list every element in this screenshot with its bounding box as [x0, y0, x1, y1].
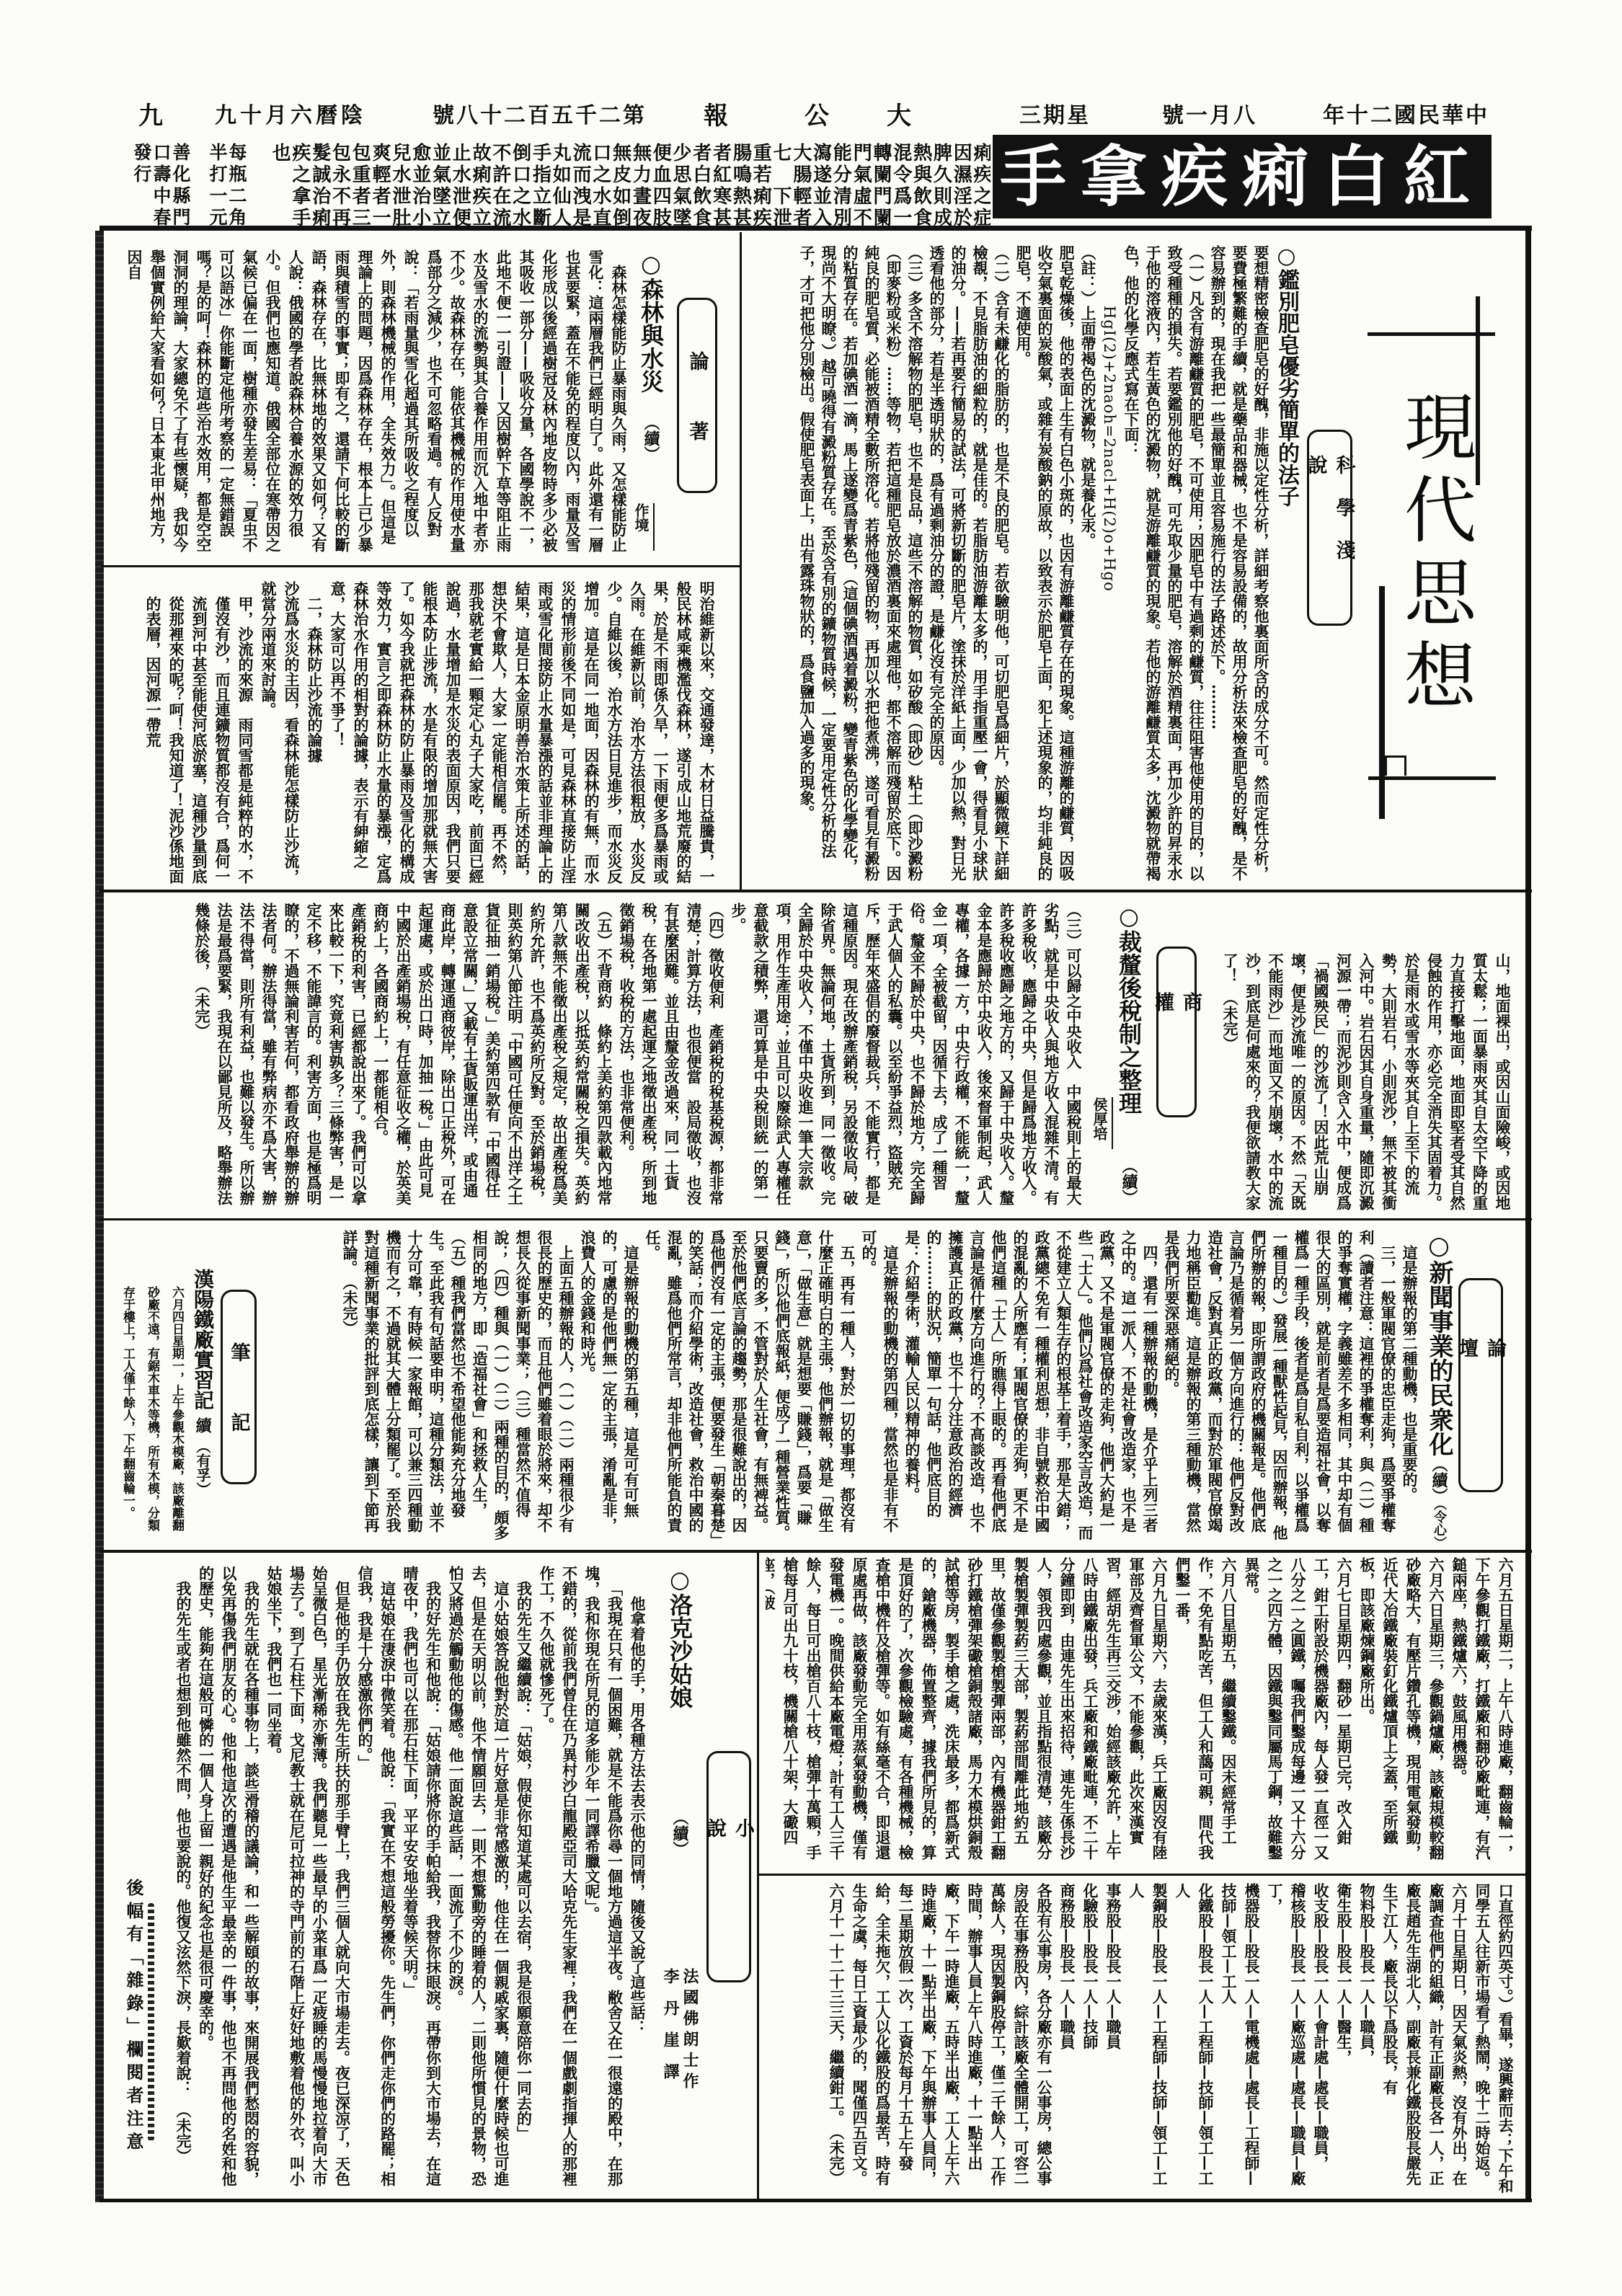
author: 法國佛朗士作 [680, 1968, 699, 2101]
heading-ornament-line [1476, 296, 1480, 485]
ad-price-col-1: 每瓶二角 [227, 143, 247, 231]
press-article-body: 這是辦報的第二種動機，也是重要的。 三，一般軍閥官僚的忠臣走狗，爲要爭權奪利（讀… [274, 1230, 1420, 1547]
title-text: ○森林與水災 [637, 250, 665, 393]
org-chart-line: 收支股—股長一人—會計處—處長—職員， [1309, 1883, 1332, 2194]
paragraph: （三）多含不溶解物的肥皂，也不是良品，這些不溶解的物質，如矽酸（即砂）粘土（即沙… [796, 245, 926, 884]
author: （令心） [1432, 1504, 1447, 1549]
forest-byline: 作境 [636, 503, 655, 551]
hanyang-article-body-start: 六月四日星期一，上午參觀木模廠，該廠離翻砂廠不遠，有鋸木車木等機，所有木模，分類… [114, 1286, 189, 1540]
category-label-text: 筆記 [225, 1292, 253, 1482]
editorial-notice: 後幅有「雜錄」欄閱者注意 [121, 1879, 146, 2161]
category-label-text: 論著 [683, 301, 712, 491]
paragraph: 六月四日星期一，上午參觀木模廠，該廠離翻砂廠不遠，有鋸木車木等機，所有木模，分類… [115, 1286, 189, 1540]
category-label-fiction: 小說 [706, 1751, 751, 1982]
bottom-rule [99, 2199, 1532, 2202]
ad-banner: 紅白痢疾拿手 [993, 135, 1492, 218]
ad-price-col-2: 半打一元 [208, 143, 227, 231]
org-chart-line: 機器股—股長一人—電機處—處長—工程師—技師—領工—工人 [1217, 1883, 1263, 2194]
hanyang-article-body-upper: 六月五日星期二，上午八時進廠，翻齒輪一，下午參觀打鐵廠，打鐵廠和翻砂廠毗連，有汽… [766, 1557, 1517, 1869]
diary-entry: 六月十日星期日，因天氣炎熱，沒有外出，在廠調查他們的組織，計有正副廠長各一人，正… [1378, 1883, 1471, 2194]
to-be-continued: （未完） [193, 985, 211, 1039]
paragraph: 我的先生就在各種事物上，談些滑稽的議論，和一些解頤的故事，來開展我們愁悶的容貌，… [195, 1566, 263, 2197]
tax-article-body: （三）可以歸之中央收入 中國稅則上的最大劣點，就是中央收入與地方收入混雜不清。有… [115, 903, 1085, 1211]
notice-ornament [148, 1903, 154, 2141]
diary-entry: 六月六日星期三，參觀鍋爐廠，該廠規模較翻砂廠略大，有壓片鑽孔等機，現用電氣發動，… [1355, 1557, 1448, 1869]
republic-date: 中華民國二十年 [1323, 101, 1489, 131]
paragraph: 我的先生又繼續說：「姑娘，假使你知道某處可以去宿，我是很願意陪你一同去的」 [513, 1566, 536, 2197]
hanyang-tier-rule [758, 1874, 1530, 1876]
tax-article-title: ○裁釐後稅制之整理（續） [1118, 903, 1145, 1213]
paragraph: 要想精密檢查肥皂的好醜，非施以定性分析，詳細考察他裏面所含的成分不可。然而定性分… [1207, 245, 1272, 884]
paragraph: （註：）上面帶褐色的沈澱物，就是養化汞。 [1077, 245, 1099, 884]
org-chart-line: 稽核股—股長一人—廠巡處—處長—職員—廠丁， [1263, 1883, 1309, 2194]
continued-mark: （續） [1430, 1456, 1448, 1504]
page-number: 九 [138, 101, 163, 131]
continued-mark: （續） [642, 415, 660, 462]
paragraph: 這是辦報的動機的第五種，這是可有可無的，可慮的是他們無一定的主張，淆亂是非，浪費… [577, 1230, 642, 1547]
press-article-title: ○新聞事業的民衆化（續）（令心） [1428, 1231, 1457, 1552]
category-label-notes: 筆記 [221, 1290, 257, 1484]
paragraph: （三）可以歸之中央收入 中國稅則上的最大劣點，就是中央收入與地方收入混雜不清。有… [727, 903, 1085, 1211]
category-label-text: 科學淺說 [1302, 432, 1358, 624]
org-chart-line: 衛生股—股長一人—醫生， [1332, 1883, 1355, 2194]
to-be-continued: （未完） [174, 2103, 192, 2163]
diary-entry: 六月八日星期五，繼續鑿鐵。因未經常手工作，不免有點吃苦，但工人和藹可親，間代我們… [1171, 1557, 1240, 1869]
category-label-text: 商權 [1148, 949, 1205, 1115]
diary-entry: 六月七日星期四，翻砂一星期已完，改入鉗工，鉗工附設於機器廠內，每人發一直徑一又八… [1240, 1557, 1355, 1869]
weekday: 星期三 [1019, 101, 1091, 131]
chemical-formula: HgI(2)+2naoh=2nacl+H(2)o+Hgo [1099, 245, 1120, 884]
hanyang-article-body-lower: 口直徑約四英寸。）看畢，遂興辭而去；下午和同學五人往新市場看了熱鬧，晚十二時始返… [766, 1883, 1517, 2194]
soap-article-title: ○鑑別肥皂優劣簡單的法子 [1275, 244, 1302, 647]
middle-tier-rule [99, 1218, 1532, 1220]
section-rule-2 [99, 1550, 1532, 1553]
left-border [95, 231, 104, 2202]
to-be-continued: （未完） [341, 1282, 359, 1336]
diary-entry: 六月五日星期二，上午八時進廠，翻齒輪一，下午參觀打鐵廠，打鐵廠和翻砂廠毗連，有汽… [1448, 1557, 1517, 1869]
ad-seller-col-3: 發行 [133, 143, 151, 231]
paragraph: 這是辦報的第二種動機，也是重要的。 [1399, 1230, 1420, 1547]
paragraph: 五，再有一種人，對於一切的事理，都沒有什麼正確明白的主張，他們辦報，就是「做生意… [642, 1230, 858, 1547]
novel-title: ○洛克沙姑娘（續） [669, 1566, 696, 1869]
paragraph: （二）含有未鹻化的脂肪的，也是不良的肥皂。若欲驗明他，可切肥皂爲細片，於顯微鏡下… [926, 245, 1012, 884]
soap-article-body: 要想精密檢查肥皂的好醜，非施以定性分析，詳細考察他裏面所含的成分不可。然而定性分… [745, 245, 1272, 884]
author: （有孚） [194, 1439, 211, 1497]
category-label-forum: 論壇 [1458, 1278, 1503, 1492]
masthead-char-2: 公 [805, 101, 829, 131]
title-text: ○洛克沙姑娘 [666, 1566, 693, 1708]
lower-column-divider [757, 1553, 759, 2200]
ad-banner-text: 紅白痢疾拿手 [1000, 135, 1484, 218]
paragraph: （一）凡含有游離鹻質的肥皂，不可使用；因肥皂中有過剩的鹻質，往往阻害他使用的目的… [1120, 245, 1207, 884]
continued-mark: （續） [670, 1809, 689, 1857]
title-text: 漢陽鐵廠實習記 [191, 1269, 215, 1410]
novel-byline: 法國佛朗士作 李丹崖譯 [659, 1968, 699, 2101]
heading-ornament-line [1368, 776, 1496, 780]
forest-tier-rule [101, 565, 740, 567]
continued-mark: 續 [193, 1417, 212, 1433]
paragraph: 沙流爲水災的主因，看森林能怎樣防止沙流，就當分兩道來討論。 [257, 581, 303, 887]
newspaper-page: 中華民國二十年 八月一號 星期三 大 公 報 第二千五百二十八號 陰曆六月十九 … [0, 0, 1622, 2296]
continued-mark: （續） [1120, 1158, 1138, 1205]
category-label-essay: 論著 [677, 298, 717, 493]
issue-date: 八月一號 [1162, 101, 1257, 131]
ad-seller-col-1: 善化縣門 [171, 143, 190, 231]
title-text: ○裁釐後稅制之整理 [1115, 903, 1143, 1114]
seal-mark-icon [1385, 755, 1406, 776]
paragraph: 上面五種辦報的人，（一）（二）兩種很少有很長的歷史的，而且他們雖着眼於將來，却不… [339, 1230, 577, 1547]
section-rule-1 [99, 890, 1532, 892]
category-label-discussion: 商權 [1156, 947, 1197, 1117]
paragraph-text: 上面五種辦報的人，（一）（二）兩種很少有很長的歷史的，而且他們雖着眼於將來，却不… [341, 1230, 575, 1541]
org-chart-line: 商務股—股長一人—職員 [1055, 1883, 1078, 2194]
paragraph-text: 產銷稅的利害，已經都說出來了。我們可以拿來比較一下，究竟利害孰多？三條弊害，是一… [193, 903, 368, 1205]
paragraph: 產銷稅的利害，已經都說出來了。我們可以拿來比較一下，究竟利害孰多？三條弊害，是一… [191, 903, 370, 1211]
org-chart-line: 物料股—股長一人—職員， [1355, 1883, 1378, 2194]
paragraph: 這姑娘在淒淚中微笑着。他說：「我實在不想這般勞擾你。先生們，你們走你們的路罷；相… [354, 1566, 399, 2197]
diary-entry: 各股有公事房，各分廠亦有一公事房，總公事房設在事務股內，綜計該廠全體開工，可容二… [848, 1883, 1055, 2194]
org-chart-line: 製鋼股—股長一人—工程師—技師—領工—工人 [1125, 1883, 1171, 2194]
tax-byline: 侯厚培 [1094, 1097, 1113, 1149]
category-label-text: 小說 [701, 1753, 757, 1980]
subheading: 二，森林防止沙流的論據 [303, 581, 326, 887]
paragraph: 我的先生或者也想到他雖然不問，他也要說的。他復又泫然下淚，長歎着說：（未完） [172, 1566, 195, 2197]
top-rule [99, 226, 1532, 231]
translator: 李丹崖譯 [660, 1968, 680, 2101]
org-chart-line: 事務股—股長一人—職員 [1102, 1883, 1125, 2194]
forest-article-continuation: 山，地面裸出，或因山面險峻，或因地質太鬆；一面暴雨夾其自太空下降的重力直接打擊地… [1211, 953, 1514, 1214]
masthead-char-3: 報 [704, 101, 728, 131]
right-border [1525, 231, 1531, 2202]
paragraph-text: 我的先生或者也想到他雖然不問，他也要說的。他復又泫然下淚，長歎着說： [174, 1581, 192, 2096]
org-chart-line: 化鐵股—股長一人—工程師—技師—領工—工人 [1171, 1883, 1217, 2194]
paragraph: 但是他的手仍放在我先生所扶的那手臂上，我們三個人就向大市場走去。夜已深涼了，天色… [263, 1566, 354, 2197]
forest-article-body-upper: 森林怎樣能防止暴雨與久雨，又怎樣能防止雪化：這兩層我們已經明白了。此外還有一層也… [108, 249, 630, 558]
paragraph: 這小姑娘答說他對於這一片好意是非常感激的，他住在一個親戚家裏，隨便什麼時候也可進… [445, 1566, 513, 2197]
paragraph: 山，地面裸出，或因山面險峻，或因地質太鬆；一面暴雨夾其自太空下降的重力直接打擊地… [1219, 953, 1515, 1214]
forest-article-body-lower: 明治維新以來，交通發達，木材日益騰貴，一般民林咸乘機濫伐森林，遂引成山地荒廢的結… [108, 581, 718, 887]
issue-number: 第二千五百二十八號 [433, 101, 647, 131]
paragraph: 這是辦報的動機的第四種，當然也是非有不可的。 [858, 1230, 901, 1547]
paragraph: 不錯的，從前我們曾住在乃異村沙白龍殿亞司大哈克先生家裡；我們在一個戲劇指揮人的那… [536, 1566, 581, 2197]
paragraph-text: 六月十一十二十三三天，繼續鉗工。 [828, 1883, 846, 2125]
category-label-science: 科學淺說 [1307, 430, 1352, 626]
paragraph: 甲，沙流的來源 雨同雪都是純粹的水，不僅沒有沙，而且連鑛物質都沒有合，爲何一流到… [141, 581, 257, 887]
paragraph: 肥皂乾燥後，他的表面上生有白色小斑的，也因有游離鹻質存在的現象。這種游離的鹻質，… [1012, 245, 1077, 884]
paragraph-text: 山，地面裸出，或因山面險峻，或因地質太鬆；一面暴雨夾其自太空下降的重力直接打擊地… [1221, 953, 1512, 1210]
title-text: ○新聞事業的民衆化 [1424, 1231, 1453, 1456]
category-label-text: 論壇 [1453, 1280, 1509, 1490]
diary-entry: 六月十一十二十三三天，繼續鉗工。（未完） [825, 1883, 848, 2194]
lunar-date: 陰曆六月十九 [215, 101, 366, 131]
paragraph: 四，還有一種辦報的動機，是介乎上列三者之中的。這一派人，不是社會改造家，也不是政… [901, 1230, 1161, 1547]
ad-body-text: 痢疾之症因濕淫於脾久則成熱與飲食混令爲一轉闌門闌門氣虛不能分清別瀉遂並入大腸輕者… [268, 143, 991, 231]
paragraph: 他拿着他的手，用各種方法去表示他的同情，隨後又說了這些話： [626, 1566, 650, 2197]
upper-column-divider [740, 232, 742, 891]
paragraph: 森林怎樣能防止暴雨與久雨，又怎樣能防止雪化：這兩層我們已經明白了。此外還有一層也… [123, 249, 630, 558]
masthead-char-1: 大 [887, 101, 911, 131]
ad-seller-col-2: 口壽中春 [151, 143, 171, 231]
hanyang-article-title: 漢陽鐵廠實習記續（有孚） [191, 1269, 217, 1546]
paragraph: （四）徵收便利 產銷稅的稅基稅源，都非常清楚；計算方法，也很便當 設局徵收，也沒… [616, 903, 727, 1211]
diary-entry: 口直徑約四英寸。）看畢，遂興辭而去；下午和同學五人往新市場看了熱鬧，晚十二時始返… [1471, 1883, 1517, 2194]
paragraph: 「我現在只有一個困難，就是不能爲你尋一個地方過這半夜。敝舍又在一很遠的殿中，在那… [581, 1566, 626, 2197]
ad-seller-block: 善化縣門 口壽中春 發行 [133, 143, 190, 231]
paragraph: （五）不背商約 條約上美約第四款載內地常關改收出產稅，以抵英約常關稅之損失。英約… [370, 903, 616, 1211]
diary-entry: 六月九日星期六，去歲來漢，兵工廠因沒有陸軍部及齊督軍公文，不能參觀，此次來漢實習… [766, 1557, 1171, 1869]
novel-body: 他拿着他的手，用各種方法去表示他的同情，隨後又說了這些話： 「我現在只有一個困難… [167, 1566, 649, 2197]
org-chart-line: 化驗股—股長一人—技師 [1078, 1883, 1102, 2194]
ad-price-block: 每瓶二角 半打一元 [206, 143, 247, 231]
paragraph: 我的好先生和他說：「姑娘請你將你的手帕給我，我替你抹眼淚。再帶你到大市場去，在這… [399, 1566, 445, 2197]
to-be-continued: （未完） [828, 2132, 846, 2186]
paragraph: 三，一般軍閥官僚的忠臣走狗，爲要爭權奪利（讀者注意：這裡的爭權奪利，與（二）種的… [1161, 1230, 1399, 1547]
section-heading: 現代思想 [1395, 389, 1471, 735]
paragraph: 明治維新以來，交通發達，木材日益騰貴，一般民林咸乘機濫伐森林，遂引成山地荒廢的結… [326, 581, 718, 887]
to-be-continued: （未完） [1221, 990, 1239, 1051]
forest-article-title: ○森林與水災（續） [639, 250, 668, 466]
heading-ornament-line [1379, 586, 1385, 819]
